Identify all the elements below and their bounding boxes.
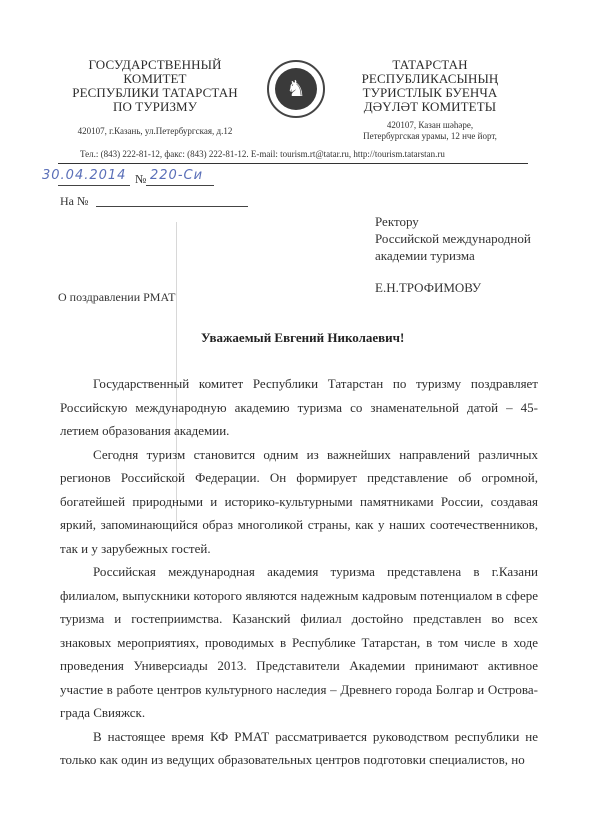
registration-number-underline xyxy=(146,185,214,186)
snow-leopard-icon: ♞ xyxy=(275,68,317,110)
letterhead-left-address: 420107, г.Казань, ул.Петербургская, д.12 xyxy=(60,126,250,137)
letterhead-contacts: Тел.: (843) 222-81-12, факс: (843) 222-8… xyxy=(80,149,445,159)
letterhead-right-org: ТАТАРСТАН РЕСПУБЛИКАСЫНЫҢ ТУРИСТЛЫК БУЕН… xyxy=(350,58,510,114)
body-paragraph: Сегодня туризм становится одним из важне… xyxy=(60,443,538,561)
left-org-line: ГОСУДАРСТВЕННЫЙ xyxy=(60,58,250,72)
registration-number: 220-Си xyxy=(150,168,203,183)
right-org-line: ТУРИСТЛЫК БУЕНЧА xyxy=(350,86,510,100)
reply-to-label: На № xyxy=(60,194,88,209)
right-address-line: Петербургская урамы, 12 нче йорт, xyxy=(350,131,510,142)
tatarstan-coat-of-arms-icon: ♞ xyxy=(267,60,325,118)
right-org-line: РЕСПУБЛИКАСЫНЫҢ xyxy=(350,72,510,86)
addressee-line: Российской международной xyxy=(375,230,531,247)
body-paragraph: В настоящее время КФ РМАТ рассматриваетс… xyxy=(60,725,538,772)
letterhead-right-address: 420107, Казан шәһәре, Петербургская урам… xyxy=(350,120,510,142)
right-org-line: ДӘҮЛӘТ КОМИТЕТЫ xyxy=(350,100,510,114)
registration-number-sign: № xyxy=(135,172,146,187)
letter-body: Государственный комитет Республики Татар… xyxy=(60,372,538,772)
right-address-line: 420107, Казан шәһәре, xyxy=(350,120,510,131)
registration-date-underline xyxy=(58,185,130,186)
right-org-line: ТАТАРСТАН xyxy=(350,58,510,72)
letterhead-divider xyxy=(58,163,528,164)
addressee-line: академии туризма xyxy=(375,247,531,264)
left-org-line: КОМИТЕТ xyxy=(60,72,250,86)
registration-date: 30.04.2014 xyxy=(42,168,126,183)
left-org-line: РЕСПУБЛИКИ ТАТАРСТАН xyxy=(60,86,250,100)
reply-to-field xyxy=(96,206,248,207)
letterhead-left-org: ГОСУДАРСТВЕННЫЙ КОМИТЕТ РЕСПУБЛИКИ ТАТАР… xyxy=(60,58,250,114)
addressee-line: Ректору xyxy=(375,213,531,230)
salutation: Уважаемый Евгений Николаевич! xyxy=(201,330,404,346)
left-org-line: ПО ТУРИЗМУ xyxy=(60,100,250,114)
addressee-block: Ректору Российской международной академи… xyxy=(375,213,531,296)
letter-subject: О поздравлении РМАТ xyxy=(58,290,175,305)
addressee-name: Е.Н.ТРОФИМОВУ xyxy=(375,279,531,296)
body-paragraph: Российская международная академия туризм… xyxy=(60,560,538,725)
body-paragraph: Государственный комитет Республики Татар… xyxy=(60,372,538,443)
